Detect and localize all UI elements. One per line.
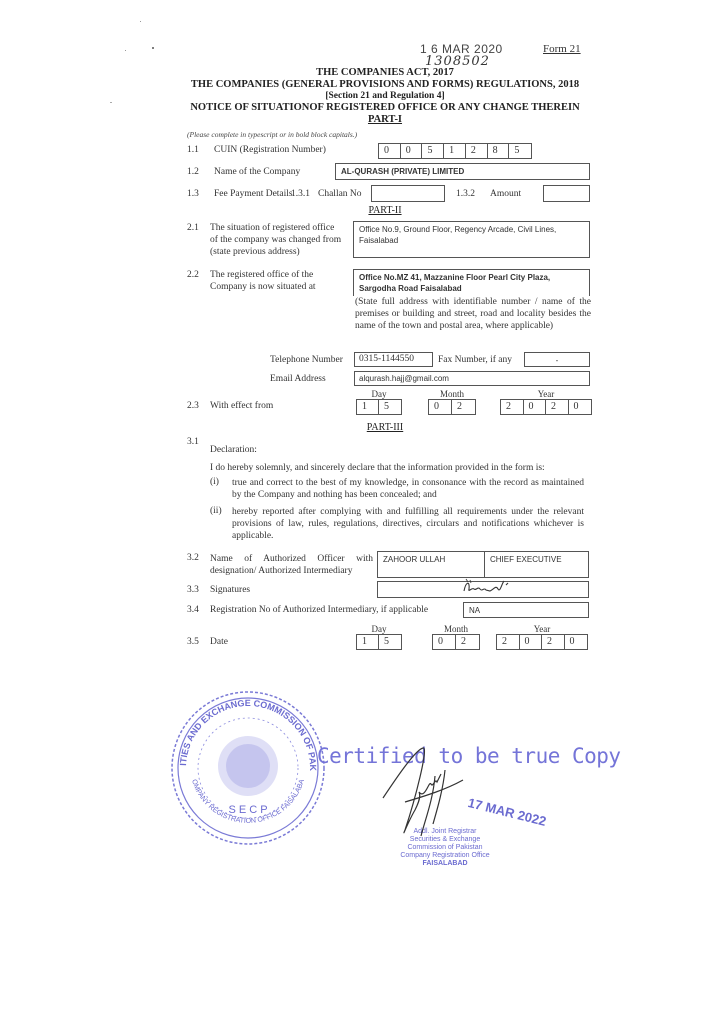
declaration-item-marker: (ii) [210,506,222,516]
date-digit: 0 [524,400,547,414]
effect-day-field[interactable]: 1 5 [356,399,402,415]
date-digit: 2 [452,400,475,414]
item-number: 1.2 [187,167,199,177]
date-digit: 2 [546,400,569,414]
item-number: 3.3 [187,585,199,595]
part3-title: PART-III [170,422,600,433]
effect-year-field[interactable]: 2 0 2 0 [500,399,592,415]
declaration-item-text: hereby reported after complying with and… [232,506,584,542]
date-digit: 2 [501,400,524,414]
address-note: (State full address with identifiable nu… [355,296,591,332]
form-number: Form 21 [543,43,581,55]
date-digit: 1 [357,635,379,649]
label-line: The situation of registered office [210,222,341,234]
cuin-field[interactable]: 0 0 5 1 2 8 5 [378,143,532,159]
date-digit: 0 [569,400,591,414]
scan-speckle [125,50,126,51]
date-year-field[interactable]: 2 0 2 0 [496,634,588,650]
act-title: THE COMPANIES ACT, 2017 [170,67,600,78]
date-digit: 2 [542,635,565,649]
regulations-title: THE COMPANIES (GENERAL PROVISIONS AND FO… [170,79,600,90]
amount-label: Amount [490,189,521,199]
day-label: Day [356,389,402,399]
date-label: Date [210,637,228,647]
notice-title: NOTICE OF SITUATIONOF REGISTERED OFFICE … [170,102,600,113]
label-line: Name of Authorized Officer with [210,553,373,565]
declaration-intro: I do hereby solemnly, and sincerely decl… [210,463,545,473]
part1-title: PART-I [170,114,600,125]
label-line: designation/ Authorized Intermediary [210,565,373,577]
officer-line: Company Registration Office [370,852,520,860]
item-number: 3.1 [187,437,199,447]
date-digit: 5 [379,400,401,414]
certified-date-stamp: 17 MAR 2022 [466,795,547,829]
month-label: Month [432,624,480,634]
fax-label: Fax Number, if any [438,355,512,365]
cuin-digit: 5 [422,144,444,158]
officer-field[interactable]: ZAHOOR ULLAH CHIEF EXECUTIVE [377,551,589,578]
instructions: (Please complete in typescript or in bol… [187,130,357,139]
previous-address-label: The situation of registered office of th… [210,222,341,258]
date-digit: 2 [456,635,479,649]
date-digit: 1 [357,400,379,414]
previous-address-field[interactable]: Office No.9, Ground Floor, Regency Arcad… [353,221,590,258]
cuin-digit: 1 [444,144,466,158]
secp-seal-icon: SECURITIES AND EXCHANGE COMMISSION OF PA… [168,688,328,848]
effect-month-field[interactable]: 0 2 [428,399,476,415]
date-month-field[interactable]: 0 2 [432,634,480,650]
cuin-label: CUIN (Registration Number) [214,145,326,155]
current-address-field[interactable]: Office No.MZ 41, Mazzanine Floor Pearl C… [353,269,590,296]
cuin-digit: 0 [379,144,401,158]
signature-field[interactable] [377,581,589,598]
certifying-signature-icon [375,740,475,850]
address-line: Sargodha Road Faisalabad [359,283,584,294]
address-line: Faisalabad [359,235,584,246]
label-line: Company is now situated at [210,281,316,293]
year-label: Year [496,624,588,634]
declaration-label: Declaration: [210,445,257,455]
signature-label: Signatures [210,585,250,595]
item-number: 1.1 [187,145,199,155]
fax-field[interactable]: - [524,352,590,367]
item-number: 3.2 [187,553,199,563]
officer-label: Name of Authorized Officer with designat… [210,553,373,577]
scan-speckle [152,47,154,49]
date-digit: 0 [433,635,456,649]
fee-label: Fee Payment Details [214,189,293,199]
registration-field[interactable]: NA [463,602,589,618]
date-digit: 0 [565,635,587,649]
declaration-item-text: true and correct to the best of my knowl… [232,477,584,501]
section-reference: [Section 21 and Regulation 4] [170,91,600,101]
cuin-digit: 5 [509,144,531,158]
part2-title: PART-II [170,205,600,216]
effect-label: With effect from [210,401,273,411]
item-number: 3.4 [187,605,199,615]
item-number: 3.5 [187,637,199,647]
item-number: 2.1 [187,223,199,233]
telephone-label: Telephone Number [270,355,343,365]
address-line: Office No.MZ 41, Mazzanine Floor Pearl C… [359,272,584,283]
challan-label: Challan No [318,189,362,199]
amount-number: 1.3.2 [456,189,475,199]
telephone-field[interactable]: 0315-1144550 [354,352,433,367]
label-line: of the company was changed from [210,234,341,246]
date-day-field[interactable]: 1 5 [356,634,402,650]
date-digit: 0 [429,400,452,414]
current-address-label: The registered office of the Company is … [210,269,316,293]
svg-text:S E C P: S E C P [228,804,267,816]
cuin-digit: 8 [488,144,510,158]
date-digit: 2 [497,635,520,649]
label-line: (state previous address) [210,246,341,258]
scan-speckle [110,102,112,103]
challan-field[interactable] [371,185,445,202]
officer-designation: CHIEF EXECUTIVE [485,552,588,577]
cuin-digit: 2 [466,144,488,158]
email-field[interactable]: alqurash.hajj@gmail.com [354,371,590,386]
email-label: Email Address [270,374,326,384]
address-line: Office No.9, Ground Floor, Regency Arcad… [359,224,584,235]
date-digit: 5 [379,635,401,649]
amount-field[interactable] [543,185,590,202]
cuin-digit: 0 [401,144,423,158]
signature-icon [460,577,520,597]
item-number: 1.3 [187,189,199,199]
officer-line: FAISALABAD [370,860,520,868]
officer-name: ZAHOOR ULLAH [378,552,485,577]
company-name-field[interactable]: AL-QURASH (PRIVATE) LIMITED [335,163,590,180]
date-digit: 0 [520,635,543,649]
registration-label: Registration No of Authorized Intermedia… [210,605,428,615]
item-number: 2.2 [187,270,199,280]
label-line: The registered office of the [210,269,316,281]
item-number: 2.3 [187,401,199,411]
month-label: Month [428,389,476,399]
year-label: Year [500,389,592,399]
declaration-item-marker: (i) [210,477,219,487]
scan-speckle [140,21,141,22]
company-name-label: Name of the Company [214,167,300,177]
day-label: Day [356,624,402,634]
challan-number: 1.3.1 [291,189,310,199]
